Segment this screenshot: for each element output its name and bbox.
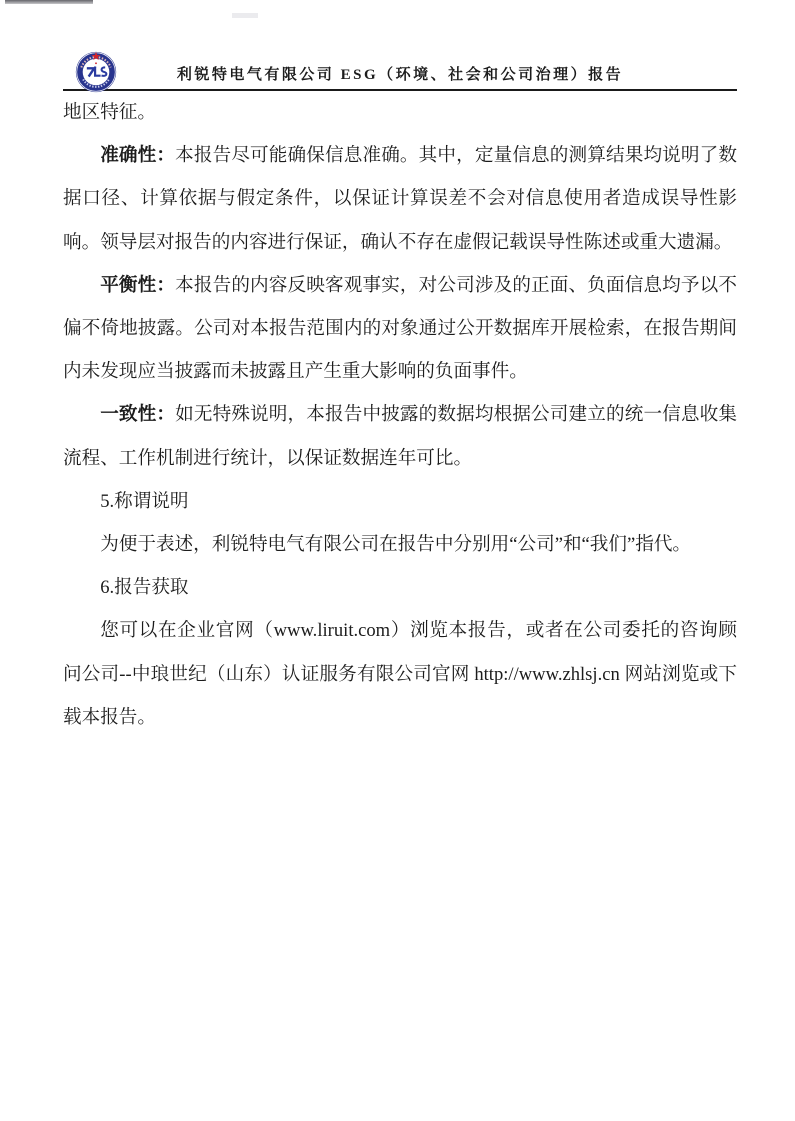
paragraph-lead-consistency: 一致性： — [100, 404, 175, 425]
paragraph-accuracy: 准确性：本报告尽可能确保信息准确。其中，定量信息的测算结果均说明了数据口径、计算… — [63, 134, 737, 264]
paragraph-text: 地区特征。 — [63, 102, 156, 123]
paragraph-continuation: 地区特征。 — [63, 91, 737, 134]
paragraph-text: 为便于表述，利锐特电气有限公司在报告中分别用“公司”和“我们”指代。 — [100, 534, 691, 555]
page-header: 利锐特电气有限公司 ESG（环境、社会和公司治理）报告 — [63, 0, 737, 91]
paragraph-lead-balance: 平衡性： — [100, 275, 175, 296]
paragraph-balance: 平衡性：本报告的内容反映客观事实，对公司涉及的正面、负面信息均予以不偏不倚地披露… — [63, 264, 737, 394]
section-heading-text: 5.称谓说明 — [100, 491, 188, 512]
report-body: 地区特征。 准确性：本报告尽可能确保信息准确。其中，定量信息的测算结果均说明了数… — [63, 91, 737, 739]
section-heading-naming: 5.称谓说明 — [63, 480, 737, 523]
paragraph-text: 您可以在企业官网（www.liruit.com）浏览本报告，或者在公司委托的咨询… — [63, 620, 737, 727]
paragraph-consistency: 一致性：如无特殊说明，本报告中披露的数据均根据公司建立的统一信息收集流程、工作机… — [63, 393, 737, 479]
report-page: 利锐特电气有限公司 ESG（环境、社会和公司治理）报告 地区特征。 准确性：本报… — [0, 0, 795, 1121]
section-heading-text: 6.报告获取 — [100, 577, 188, 598]
report-header-title: 利锐特电气有限公司 ESG（环境、社会和公司治理）报告 — [63, 63, 737, 84]
paragraph-naming: 为便于表述，利锐特电气有限公司在报告中分别用“公司”和“我们”指代。 — [63, 523, 737, 566]
paragraph-lead-accuracy: 准确性： — [100, 145, 175, 166]
section-heading-access: 6.报告获取 — [63, 566, 737, 609]
paragraph-access: 您可以在企业官网（www.liruit.com）浏览本报告，或者在公司委托的咨询… — [63, 609, 737, 739]
